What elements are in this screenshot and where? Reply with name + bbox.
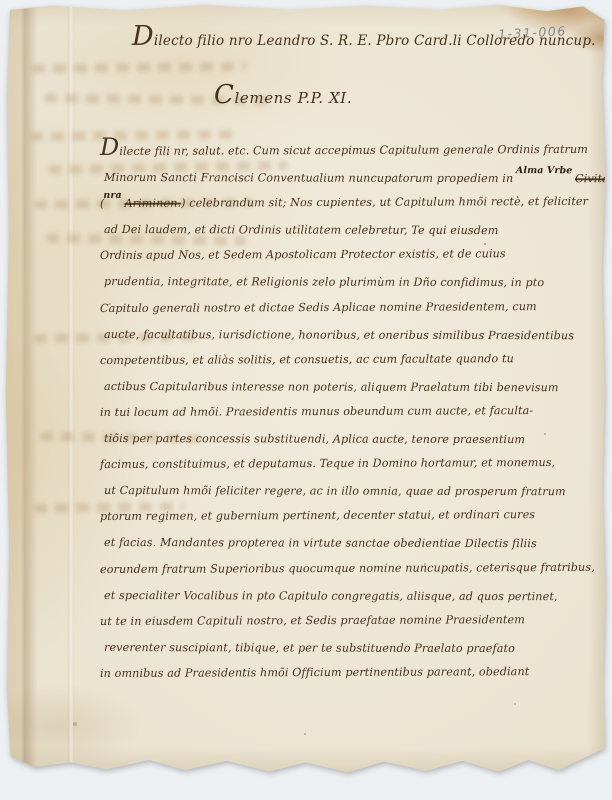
manuscript-line: ptorum regimen, et gubernium pertinent, … — [100, 508, 612, 537]
manuscript-text: ut te in eiusdem Capituli nostro, et Sed… — [100, 613, 525, 628]
manuscript-text: in tui locum ad hmõi. Praesidentis munus… — [100, 404, 533, 419]
manuscript-line: facimus, constituimus, et deputamus. Teq… — [100, 456, 612, 485]
vertical-crease — [68, 3, 74, 781]
manuscript-text: reverenter suscipiant, tibique, et per t… — [104, 641, 515, 655]
manuscript-text: Capitulo generali nostro et dictae Sedis… — [100, 300, 537, 315]
manuscript-text: ut Capitulum hmõi feliciter regere, ac i… — [104, 484, 566, 498]
manuscript-strike: Ariminen. — [124, 197, 181, 210]
manuscript-text: Dilecte fili nr, salut. etc. Cum sicut a… — [100, 143, 588, 158]
manuscript-line: competentibus, et aliàs solitis, et cons… — [100, 351, 612, 380]
manuscript-text: eorundem fratrum Superioribus quocumque … — [100, 560, 595, 575]
manuscript-line: ut te in eiusdem Capituli nostro, et Sed… — [100, 612, 612, 641]
manuscript-line: (nra Ariminen.) celebrandum sit; Nos cup… — [100, 195, 612, 224]
manuscript-line: et specialiter Vocalibus in pto Capitulo… — [104, 589, 612, 617]
manuscript-line: prudentia, integritate, et Religionis ze… — [104, 275, 612, 303]
manuscript-text: facimus, constituimus, et deputamus. Teq… — [100, 456, 555, 471]
manuscript-line: in omnibus ad Praesidentis hmõi Officium… — [100, 664, 612, 693]
manuscript-line: Ordinis apud Nos, et Sedem Apostolicam P… — [100, 247, 612, 276]
manuscript-line: aucte, facultatibus, iurisdictione, hono… — [104, 328, 612, 356]
manuscript-text: ptorum regimen, et gubernium pertinent, … — [100, 508, 535, 523]
manuscript-line: Capitulo generali nostro et dictae Sedis… — [100, 299, 612, 328]
manuscript-text: et specialiter Vocalibus in pto Capitulo… — [104, 589, 558, 603]
manuscript-line: et facias. Mandantes propterea in virtut… — [104, 536, 612, 564]
manuscript-text: ad Dei laudem, et dicti Ordinis utilitat… — [104, 223, 498, 237]
photo-background: 1-31-006 Dilecto filio nro Leandro S. R.… — [0, 0, 612, 800]
manuscript-text: Ordinis apud Nos, et Sedem Apostolicam P… — [100, 248, 506, 263]
ink-specks — [4, 3, 6, 5]
manuscript-text: ) celebrandum sit; Nos cupientes, ut Cap… — [181, 195, 588, 210]
manuscript-strike: Civitate Arim. — [575, 172, 612, 185]
manuscript-text: et facias. Mandantes propterea in virtut… — [104, 536, 537, 550]
manuscript-line: in tui locum ad hmõi. Praesidentis munus… — [100, 404, 612, 433]
address-line: Dilecto filio nro Leandro S. R. E. Pbro … — [132, 33, 596, 49]
manuscript-page: 1-31-006 Dilecto filio nro Leandro S. R.… — [0, 0, 612, 800]
manuscript-line: eorundem fratrum Superioribus quocumque … — [100, 560, 612, 589]
manuscript-text: actibus Capitularibus interesse non pote… — [104, 380, 559, 394]
body-text: Dilecte fili nr, salut. etc. Cum sicut a… — [100, 145, 612, 693]
manuscript-insert: nra — [103, 190, 121, 201]
salutation-line: Clemens P.P. XI. — [214, 89, 352, 107]
manuscript-text: Minorum Sancti Francisci Conventualium n… — [104, 171, 517, 185]
showthrough-line — [32, 62, 247, 73]
manuscript-text: in omnibus ad Praesidentis hmõi Officium… — [100, 665, 529, 680]
manuscript-text: competentibus, et aliàs solitis, et cons… — [100, 352, 514, 367]
manuscript-text: prudentia, integritate, et Religionis ze… — [104, 275, 544, 289]
paper-sheet: 1-31-006 Dilecto filio nro Leandro S. R.… — [4, 3, 607, 781]
manuscript-text: aucte, facultatibus, iurisdictione, hono… — [104, 328, 574, 342]
showthrough-line — [30, 130, 235, 141]
manuscript-text: tiõis per partes concessis substituendi,… — [104, 432, 525, 446]
manuscript-insert: Alma Vrbe — [516, 165, 572, 176]
